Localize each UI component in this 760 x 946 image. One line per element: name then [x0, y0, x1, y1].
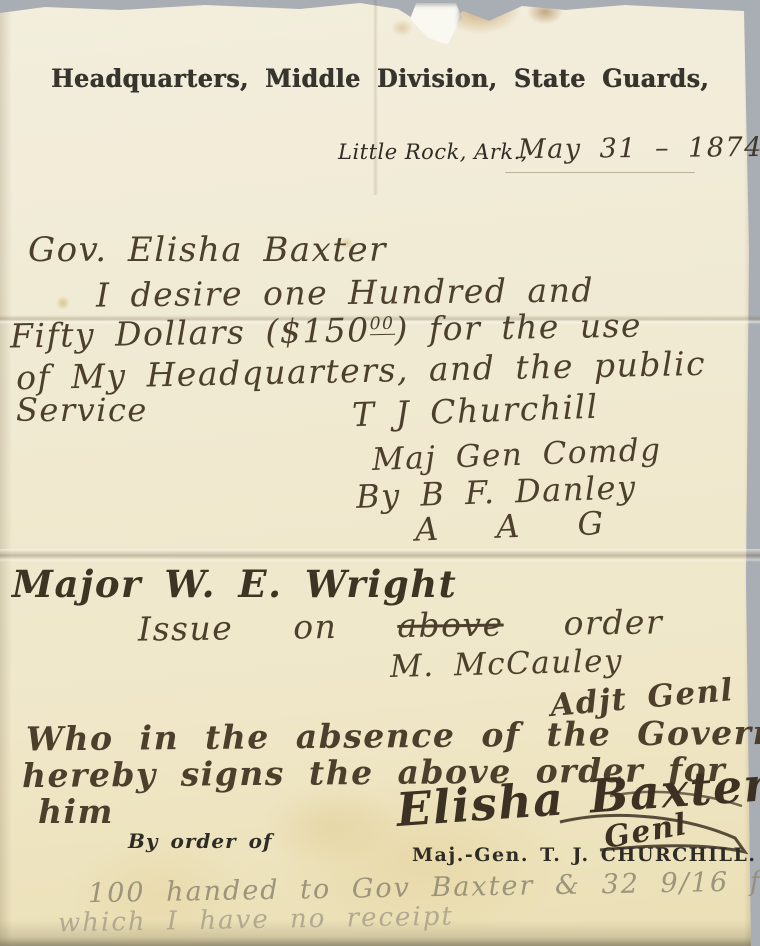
- cents-superscript: 00: [369, 314, 394, 335]
- wright-addressee: Major W. E. Wright: [12, 562, 457, 606]
- struck-word: above: [397, 605, 504, 645]
- greeting: Gov. Elisha Baxter: [28, 230, 387, 270]
- lower-fold-crease: [0, 549, 760, 562]
- scan-background: { "colors": { "background": "#a9adb4", "…: [0, 0, 760, 946]
- printed-commander-name: Maj.-Gen. T. J. CHURCHILL.: [412, 844, 756, 866]
- dateline-rule: [505, 172, 695, 173]
- issue-post: order: [563, 602, 663, 642]
- dateline-date: May 31 – 1874.: [518, 132, 760, 165]
- dateline-place: Little Rock, Ark.,: [338, 140, 528, 164]
- by-order-of-label: By order of: [128, 829, 273, 853]
- body-line-4: Service: [16, 391, 148, 429]
- body-line-2-post: ) for the use: [394, 305, 642, 348]
- vertical-fold-crease: [373, 0, 378, 195]
- issue-order-line: Issue on above order: [138, 602, 664, 648]
- letterhead-title: Headquarters, Middle Division, State Gua…: [19, 64, 741, 93]
- aag-initials: A A G: [414, 503, 623, 548]
- baxter-note-line-3: him: [38, 792, 114, 831]
- issue-pre: Issue on: [138, 607, 338, 649]
- body-line-2-pre: Fifty Dollars ($150: [10, 310, 370, 355]
- mccauley-signature: M. McCauley: [390, 643, 624, 685]
